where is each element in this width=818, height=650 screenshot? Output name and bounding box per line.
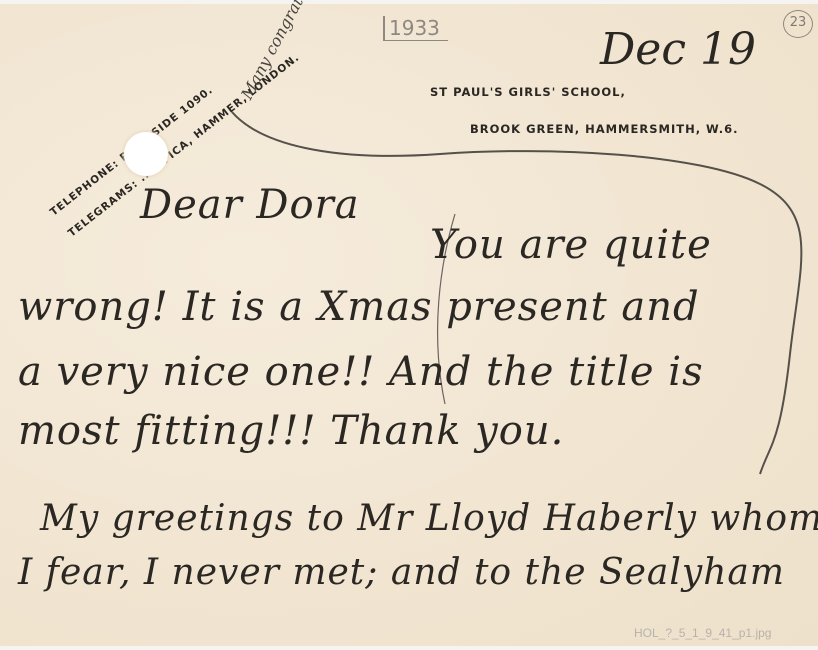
punch-hole xyxy=(124,132,168,176)
body-line: wrong! It is a Xmas present and xyxy=(18,284,700,330)
letterhead-school-name: ST PAUL'S GIRLS' SCHOOL, xyxy=(430,85,626,99)
filename-watermark: HOL_?_5_1_9_41_p1.jpg xyxy=(634,626,771,640)
body-line: a very nice one!! And the title is xyxy=(18,349,704,395)
bottom-margin xyxy=(0,646,818,650)
salutation: Dear Dora xyxy=(140,182,360,228)
letter-date: Dec 19 xyxy=(600,24,756,75)
body-line: You are quite xyxy=(430,222,712,268)
year-annotation: 1933 xyxy=(383,16,448,41)
body-line: I fear, I never met; and to the Sealyham xyxy=(18,552,785,593)
circled-number: 23 xyxy=(783,10,813,38)
body-line: My greetings to Mr Lloyd Haberly whom, xyxy=(40,498,818,539)
letterhead-address: BROOK GREEN, HAMMERSMITH, W.6. xyxy=(470,122,739,136)
letter-card: 1933 23 Dec 19 ST PAUL'S GIRLS' SCHOOL, … xyxy=(0,4,818,646)
body-line: most fitting!!! Thank you. xyxy=(18,408,564,454)
